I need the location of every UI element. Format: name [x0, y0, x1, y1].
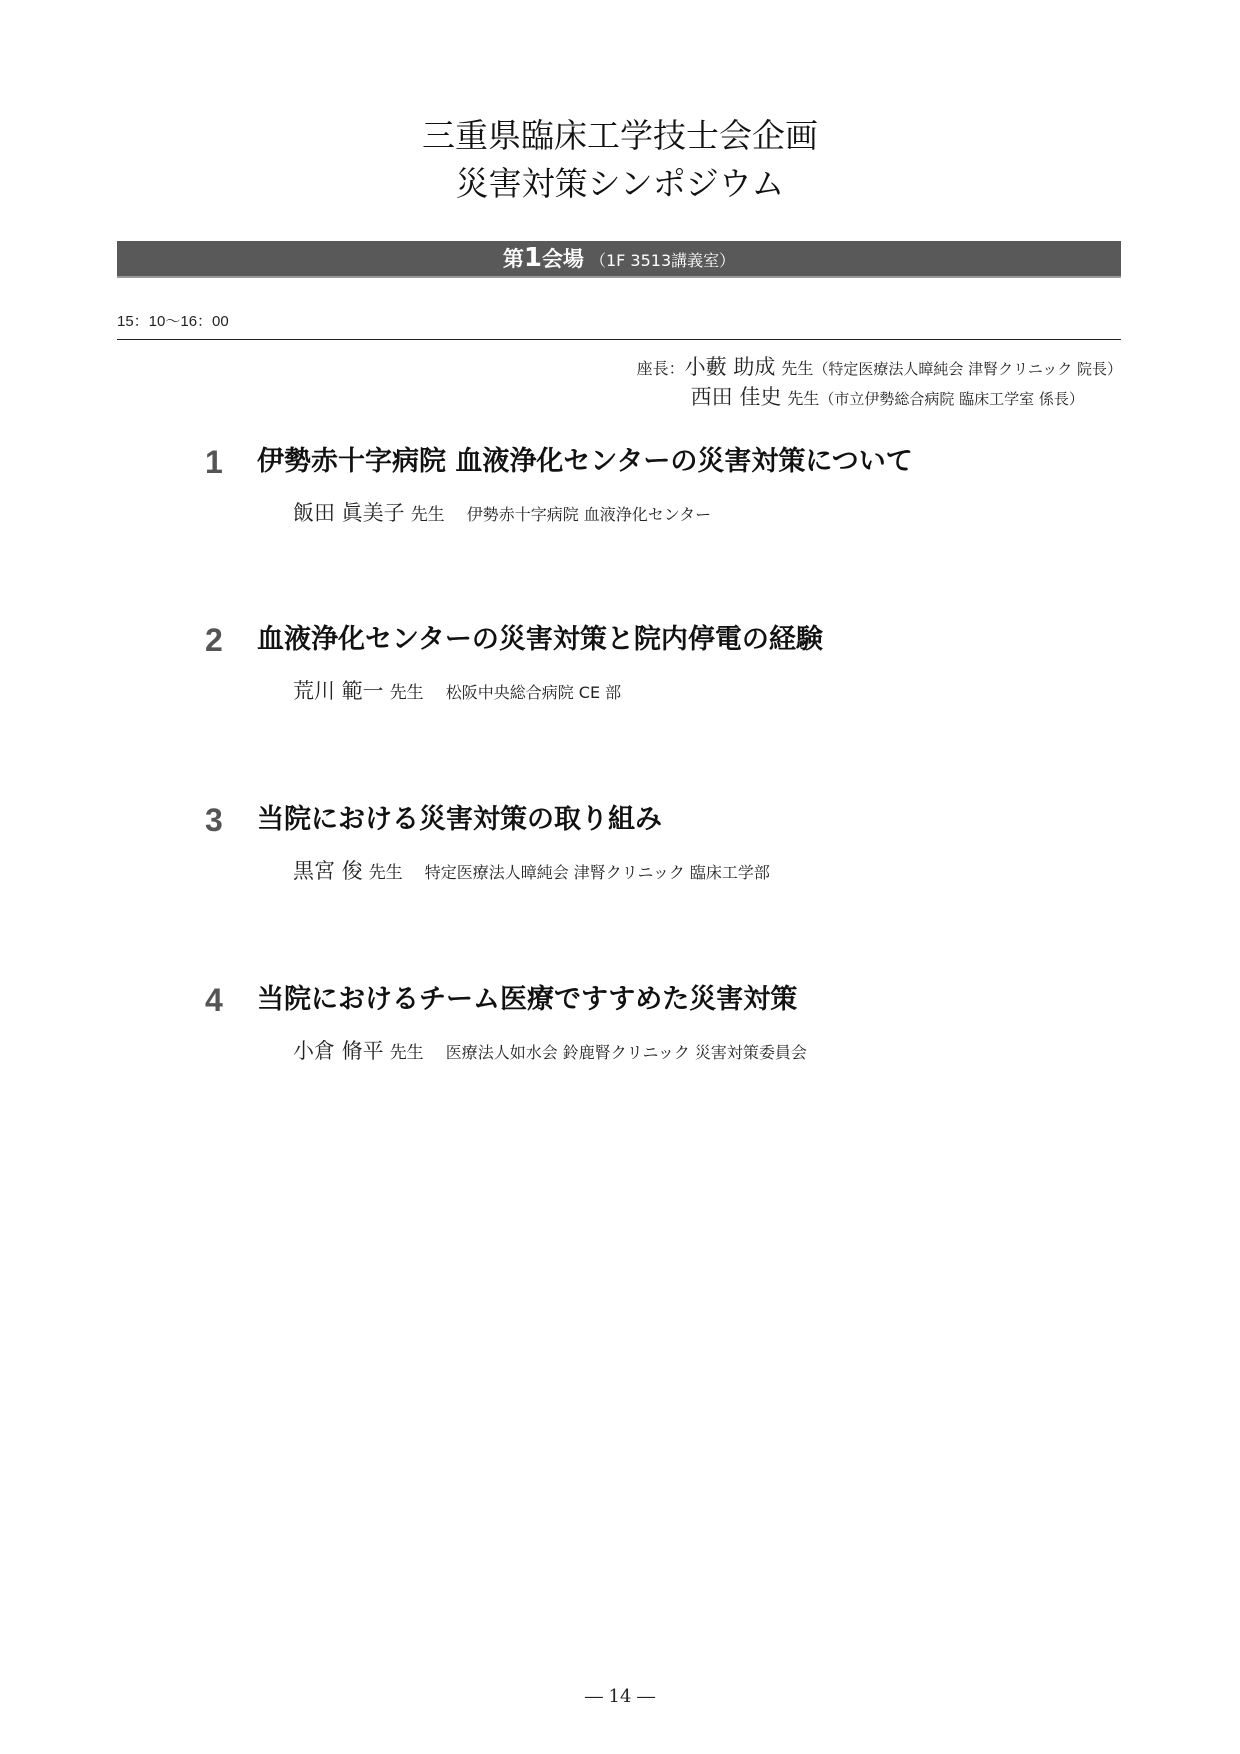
chairpersons: 座長：小藪 助成先生（特定医療法人暲純会 津腎クリニック 院長） 西田 佳史先生…: [637, 352, 1122, 412]
chair-honorific: 先生: [781, 359, 813, 378]
page-number: ― 14 ―: [0, 1686, 1240, 1707]
room-label: 第1会場: [503, 247, 584, 271]
talk-item: 4当院におけるチーム医療ですすめた災害対策 小倉 脩平先生医療法人如水会 鈴鹿腎…: [205, 978, 1165, 1066]
room-banner: 第1会場（1F 3513講義室）: [117, 241, 1121, 278]
speaker-honorific: 先生: [390, 1043, 424, 1063]
room-detail: （1F 3513講義室）: [590, 251, 735, 270]
talk-number: 3: [205, 798, 257, 842]
speaker-name: 飯田 眞美子: [293, 501, 405, 525]
talk-title: 当院における災害対策の取り組み: [257, 804, 662, 835]
talk-number: 4: [205, 978, 257, 1022]
chair-row: 座長：小藪 助成先生（特定医療法人暲純会 津腎クリニック 院長）: [637, 352, 1122, 382]
talk-speaker: 飯田 眞美子先生伊勢赤十字病院 血液浄化センター: [293, 498, 1165, 528]
speaker-name: 荒川 範一: [293, 679, 384, 703]
talk-item: 3当院における災害対策の取り組み 黒宮 俊先生特定医療法人暲純会 津腎クリニック…: [205, 798, 1165, 886]
talk-heading: 4当院におけるチーム医療ですすめた災害対策: [205, 978, 1165, 1022]
talk-speaker: 小倉 脩平先生医療法人如水会 鈴鹿腎クリニック 災害対策委員会: [293, 1036, 1165, 1066]
talk-speaker: 荒川 範一先生松阪中央総合病院 CE 部: [293, 676, 1165, 706]
room-prefix: 第: [503, 247, 524, 271]
speaker-name: 小倉 脩平: [293, 1039, 384, 1063]
talk-item: 2血液浄化センターの災害対策と院内停電の経験 荒川 範一先生松阪中央総合病院 C…: [205, 618, 1165, 706]
talk-number: 2: [205, 618, 257, 662]
divider: [117, 339, 1121, 340]
talk-number: 1: [205, 440, 257, 484]
chair-affiliation: （市立伊勢総合病院 臨床工学室 係長）: [819, 390, 1084, 408]
talk-title: 伊勢赤十字病院 血液浄化センターの災害対策について: [257, 446, 913, 477]
chair-honorific: 先生: [787, 389, 819, 408]
chair-affiliation: （特定医療法人暲純会 津腎クリニック 院長）: [813, 360, 1122, 378]
talk-title: 当院におけるチーム医療ですすめた災害対策: [257, 984, 797, 1015]
talk-heading: 3当院における災害対策の取り組み: [205, 798, 1165, 842]
room-number: 1: [524, 243, 542, 273]
room-suffix: 会場: [542, 247, 584, 271]
talk-heading: 1伊勢赤十字病院 血液浄化センターの災害対策について: [205, 440, 1165, 484]
session-time: 15：10～16：00: [117, 310, 229, 331]
chair-row: 西田 佳史先生（市立伊勢総合病院 臨床工学室 係長）: [637, 382, 1122, 412]
chair-name: 小藪 助成: [685, 355, 776, 379]
talk-heading: 2血液浄化センターの災害対策と院内停電の経験: [205, 618, 1165, 662]
talk-speaker: 黒宮 俊先生特定医療法人暲純会 津腎クリニック 臨床工学部: [293, 856, 1165, 886]
speaker-honorific: 先生: [411, 505, 445, 525]
speaker-honorific: 先生: [390, 683, 424, 703]
speaker-affiliation: 伊勢赤十字病院 血液浄化センター: [467, 505, 711, 524]
organizer-title: 三重県臨床工学技士会企画: [0, 112, 1240, 160]
page-title: 三重県臨床工学技士会企画 災害対策シンポジウム: [0, 112, 1240, 208]
speaker-name: 黒宮 俊: [293, 859, 363, 883]
speaker-honorific: 先生: [369, 863, 403, 883]
talk-item: 1伊勢赤十字病院 血液浄化センターの災害対策について 飯田 眞美子先生伊勢赤十字…: [205, 440, 1165, 528]
speaker-affiliation: 松阪中央総合病院 CE 部: [446, 683, 621, 702]
speaker-affiliation: 特定医療法人暲純会 津腎クリニック 臨床工学部: [425, 863, 770, 882]
speaker-affiliation: 医療法人如水会 鈴鹿腎クリニック 災害対策委員会: [446, 1043, 807, 1062]
talk-title: 血液浄化センターの災害対策と院内停電の経験: [257, 624, 823, 655]
chair-role-label: 座長：: [637, 359, 685, 378]
chair-name: 西田 佳史: [691, 385, 782, 409]
symposium-title: 災害対策シンポジウム: [0, 160, 1240, 208]
